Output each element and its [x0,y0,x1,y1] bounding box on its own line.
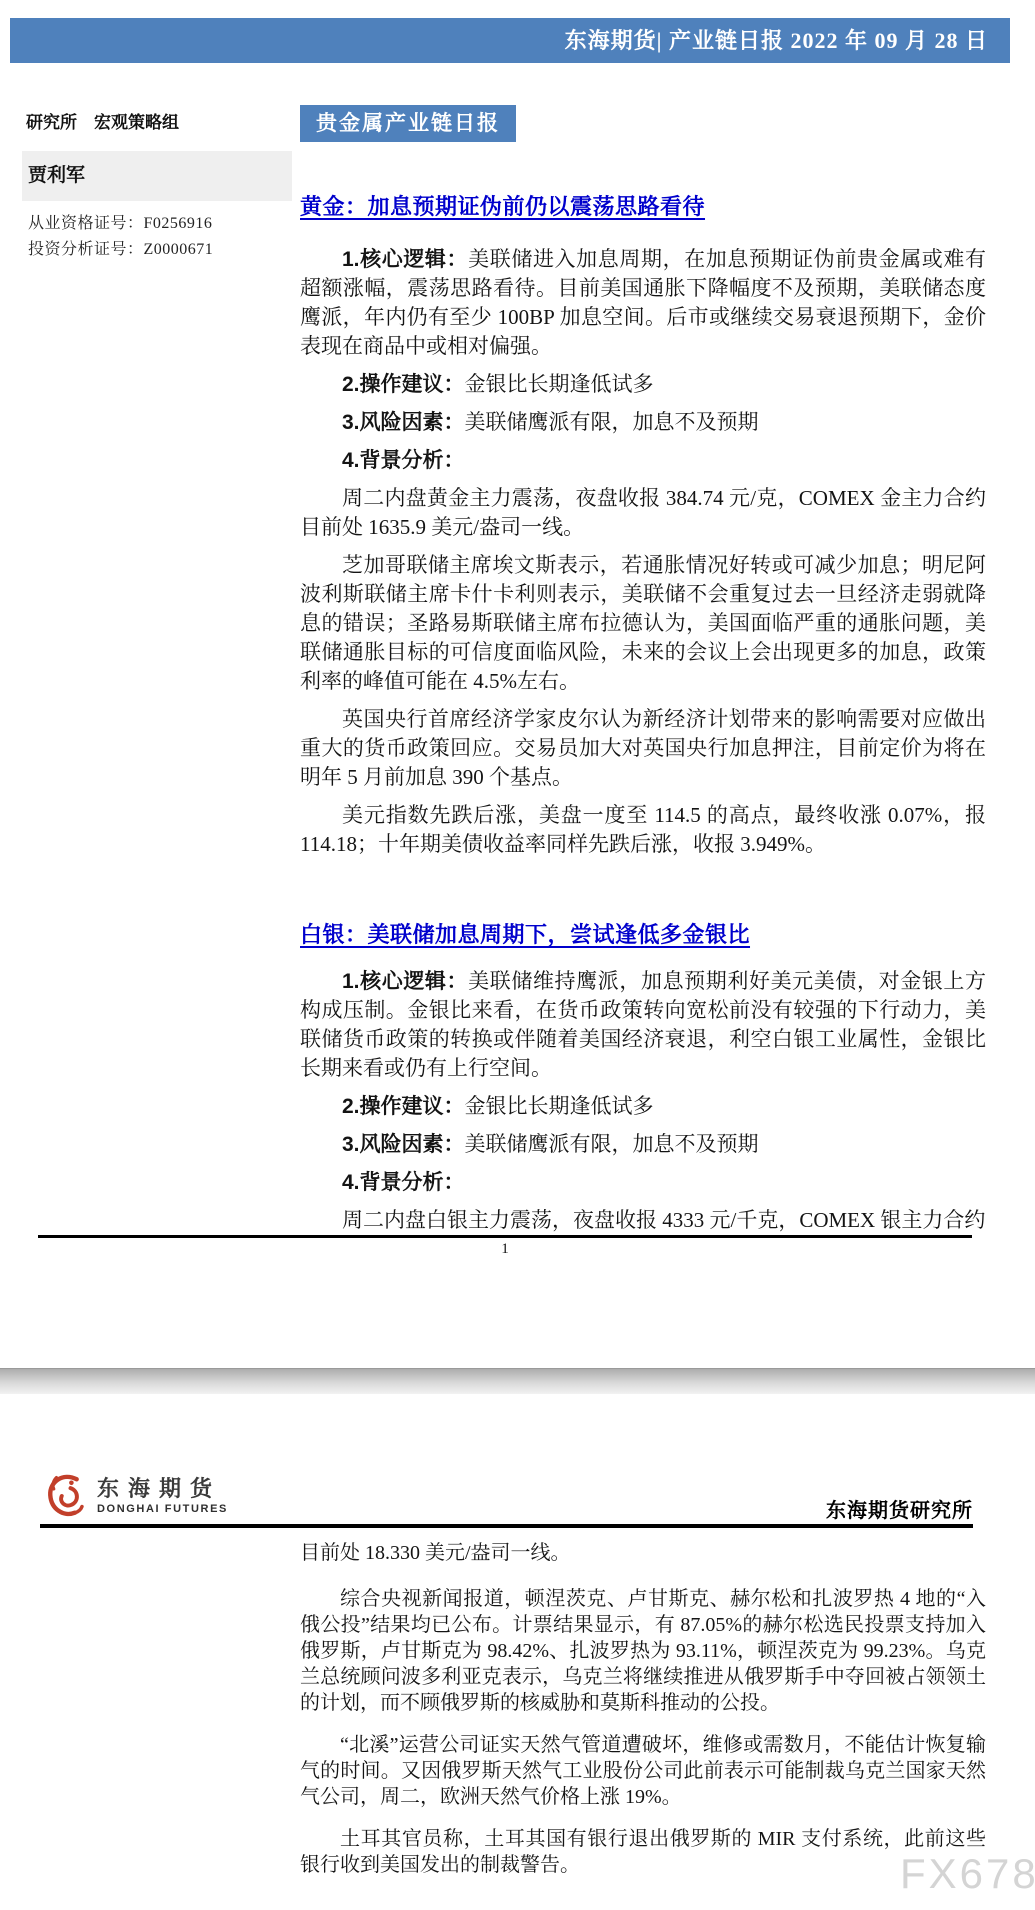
fx678-watermark: FX678 [900,1850,1035,1898]
page1-footer-rule [38,1235,972,1238]
report-header-title: 东海期货| 产业链日报 2022 年 09 月 28 日 [565,28,988,53]
item-label: 3.风险因素： [342,411,465,434]
logo-english-name: DONGHAI FUTURES [97,1503,228,1516]
logo-chinese-name: 东海期货 [97,1477,228,1501]
sidebar-dept-line: 研究所 宏观策略组 [26,108,179,133]
page-separator [0,1368,1035,1394]
report-header-bar: 东海期货| 产业链日报 2022 年 09 月 28 日 [10,18,1010,63]
item-label: 4.背景分析： [342,449,465,472]
gold-paragraph: 芝加哥联储主席埃文斯表示，若通胀情况好转或可减少加息；明尼阿波利斯联储主席卡什卡… [300,551,986,696]
gold-paragraph: 周二内盘黄金主力震荡，夜盘收报 384.74 元/克，COMEX 金主力合约目前… [300,484,986,542]
item-text: 美联储鹰派有限，加息不及预期 [465,1132,759,1156]
silver-item-core-logic: 1.核心逻辑：美联储维持鹰派，加息预期利好美元美债，对金银上方构成压制。金银比来… [300,967,986,1083]
report-badge: 贵金属产业链日报 [300,105,516,142]
gold-item-advice: 2.操作建议：金银比长期逢低试多 [300,370,986,399]
page1-main-column: 贵金属产业链日报 黄金：加息预期证伪前仍以震荡思路看待 1.核心逻辑：美联储进入… [300,105,986,1235]
analyst-name: 贾利军 [22,151,292,201]
page2-header-rule [40,1524,973,1528]
page2-paragraph: 综合央视新闻报道，顿涅茨克、卢甘斯克、赫尔松和扎波罗热 4 地的“入俄公投”结果… [300,1586,986,1716]
gold-paragraph: 美元指数先跌后涨，美盘一度至 114.5 的高点，最终收涨 0.07%，报 11… [300,801,986,859]
silver-paragraph: 周二内盘白银主力震荡，夜盘收报 4333 元/千克，COMEX 银主力合约 [300,1206,986,1235]
item-label: 2.操作建议： [342,373,465,396]
page-number: 1 [0,1241,1010,1258]
company-logo: 东海期货 DONGHAI FUTURES [45,1471,228,1521]
gold-item-background: 4.背景分析： [300,446,986,475]
gold-item-core-logic: 1.核心逻辑：美联储进入加息周期，在加息预期证伪前贵金属或难有超额涨幅，震荡思路… [300,245,986,361]
silver-item-advice: 2.操作建议：金银比长期逢低试多 [300,1092,986,1121]
item-label: 2.操作建议： [342,1095,465,1118]
analysis-cert-number: 投资分析证号：Z0000671 [28,236,213,259]
item-label: 4.背景分析： [342,1171,465,1194]
gold-item-risk: 3.风险因素：美联储鹰派有限，加息不及预期 [300,408,986,437]
dragon-swirl-logo-icon [45,1471,89,1521]
analyst-name-text: 贾利军 [28,165,85,186]
practice-cert-number: 从业资格证号：F0256916 [28,210,212,233]
logo-text-block: 东海期货 DONGHAI FUTURES [97,1477,228,1516]
item-text: 金银比长期逢低试多 [465,372,654,396]
silver-item-background: 4.背景分析： [300,1168,986,1197]
silver-item-risk: 3.风险因素：美联储鹰派有限，加息不及预期 [300,1130,986,1159]
item-label: 3.风险因素： [342,1133,465,1156]
item-label: 1.核心逻辑： [342,248,468,271]
page2-paragraph: 土耳其官员称，土耳其国有银行退出俄罗斯的 MIR 支付系统，此前这些银行收到美国… [300,1826,986,1878]
page2-paragraph-continuation: 目前处 18.330 美元/盎司一线。 [300,1540,986,1566]
item-label: 1.核心逻辑： [342,970,468,993]
item-text: 美联储鹰派有限，加息不及预期 [465,410,759,434]
page2-main-column: 目前处 18.330 美元/盎司一线。 综合央视新闻报道，顿涅茨克、卢甘斯克、赫… [300,1540,986,1878]
page2-header-institute: 东海期货研究所 [826,1494,973,1523]
gold-paragraph: 英国央行首席经济学家皮尔认为新经济计划带来的影响需要对应做出重大的货币政策回应。… [300,705,986,792]
page2-paragraph: “北溪”运营公司证实天然气管道遭破坏，维修或需数月，不能估计恢复输气的时间。又因… [300,1732,986,1810]
section-heading-silver: 白银：美联储加息周期下，尝试逢低多金银比 [300,919,986,950]
item-text: 金银比长期逢低试多 [465,1094,654,1118]
section-heading-gold: 黄金：加息预期证伪前仍以震荡思路看待 [300,191,986,222]
